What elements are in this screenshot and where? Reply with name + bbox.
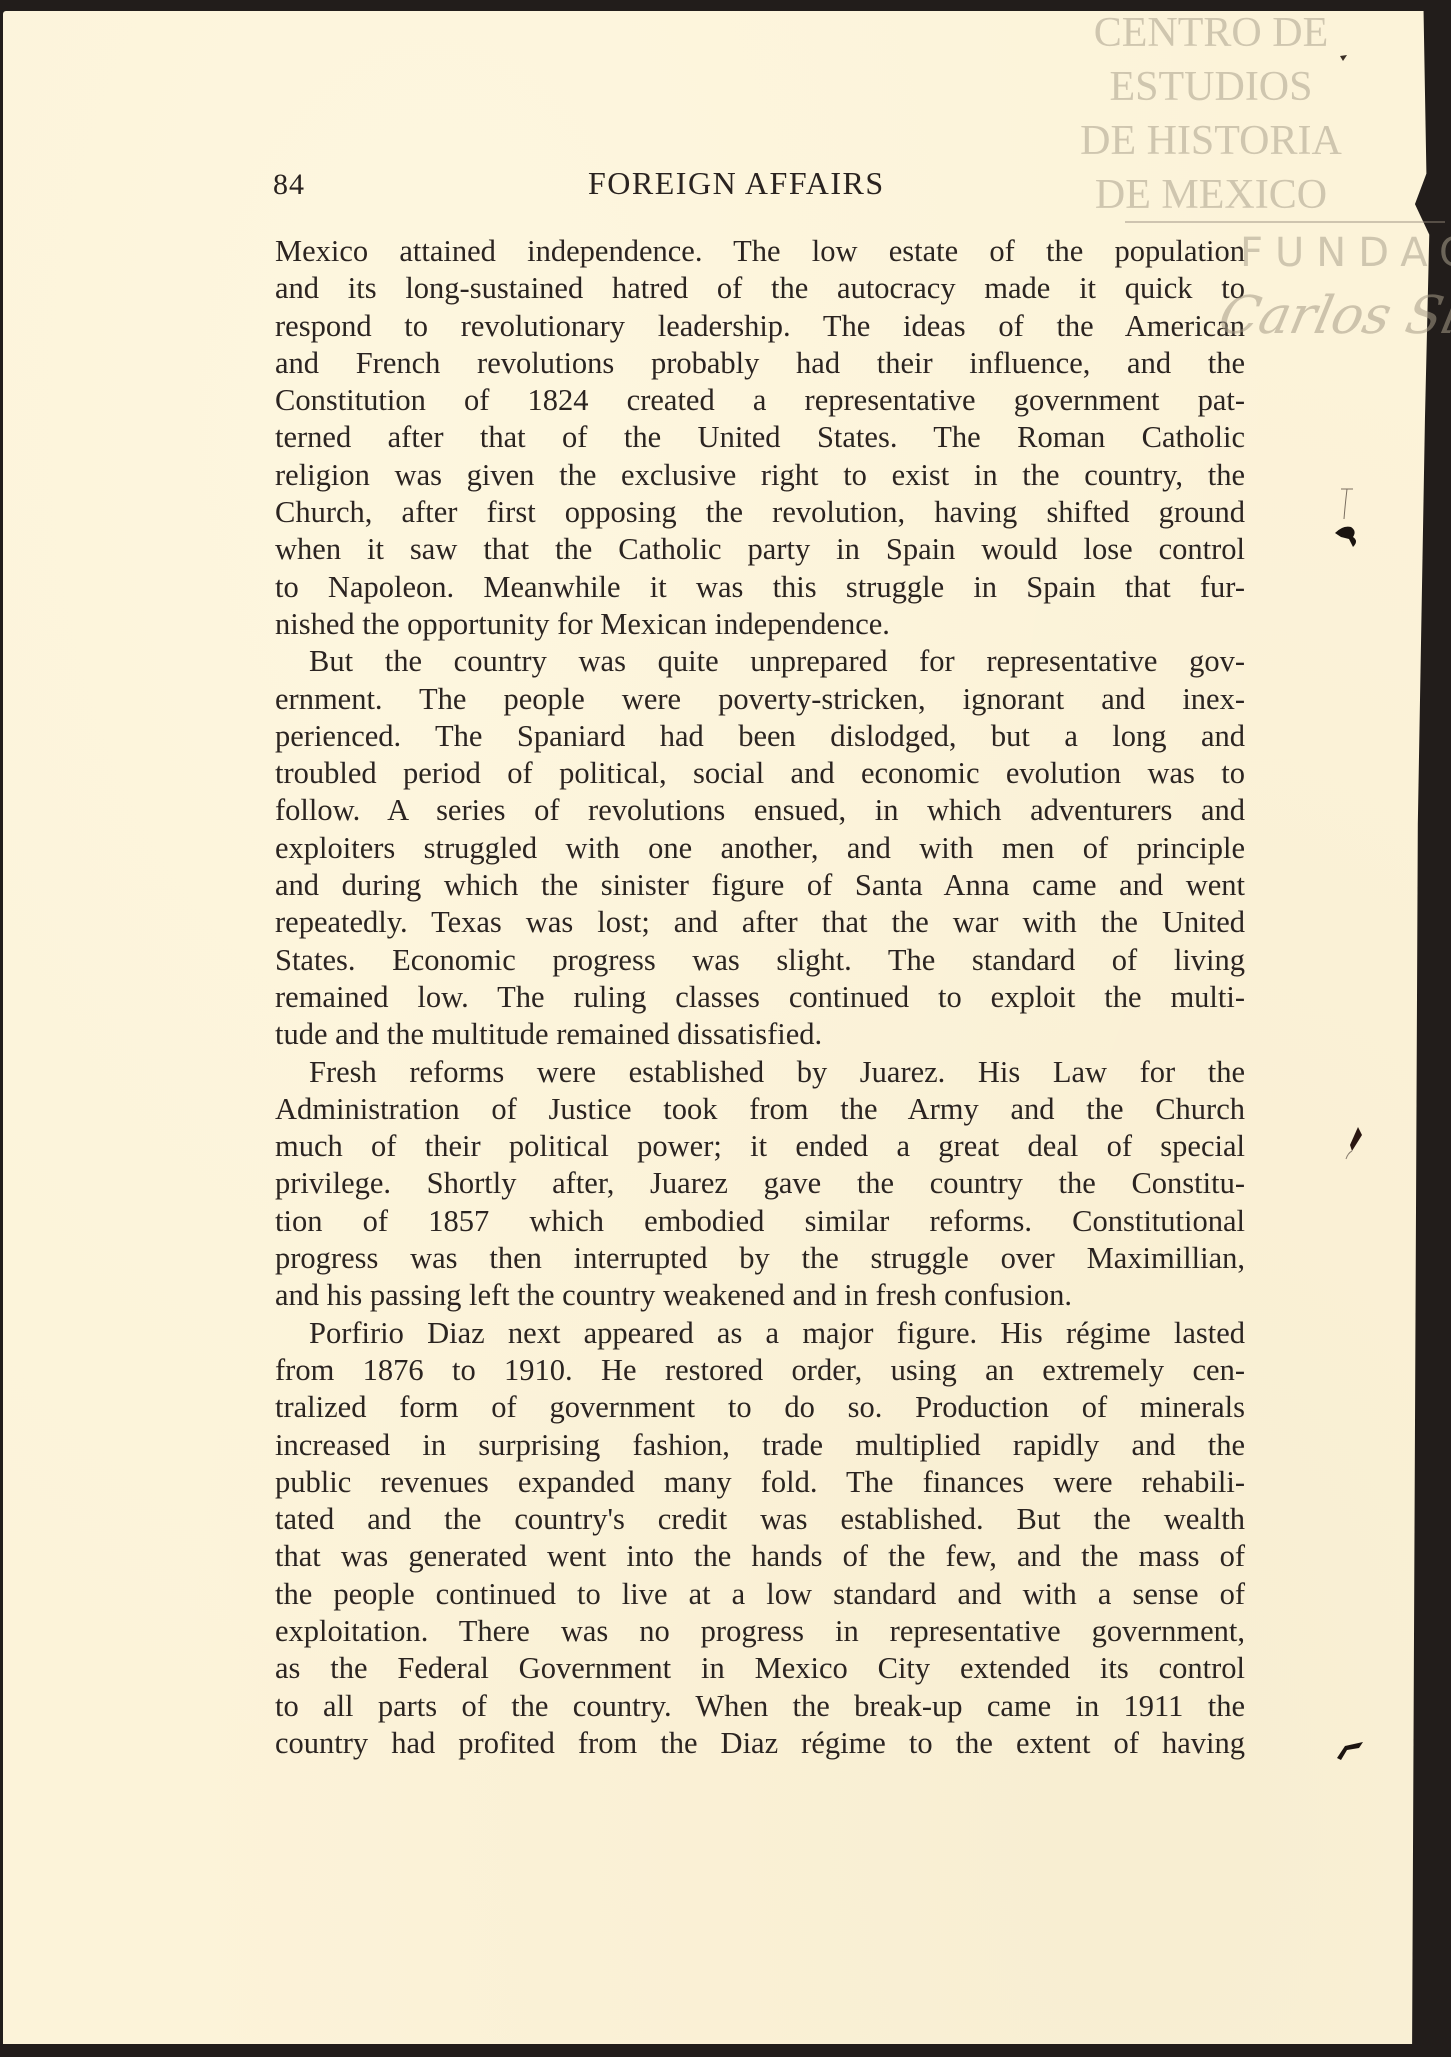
text-line: tude and the multitude remained dissatis… — [275, 1016, 1245, 1053]
text-line: exploitation. There was no progress in r… — [275, 1613, 1245, 1650]
ink-speck-icon — [1338, 53, 1350, 65]
article-body: Mexico attained independence. The low es… — [275, 233, 1245, 1762]
text-line: and during which the sinister figure of … — [275, 867, 1245, 904]
text-line: repeatedly. Texas was lost; and after th… — [275, 904, 1245, 941]
text-line: when it saw that the Catholic party in S… — [275, 531, 1245, 568]
journal-title: FOREIGN AFFAIRS — [588, 165, 885, 202]
running-head: 84 FOREIGN AFFAIRS — [3, 165, 1435, 205]
text-line: progress was then interrupted by the str… — [275, 1240, 1245, 1277]
text-line: country had profited from the Diaz régim… — [275, 1725, 1245, 1762]
text-line: tated and the country's credit was estab… — [275, 1501, 1245, 1538]
text-line: Fresh reforms were established by Juarez… — [275, 1054, 1245, 1091]
watermark-signature: Carlos Slim — [1214, 286, 1451, 346]
ink-speck-icon — [1338, 1121, 1378, 1171]
text-line: remained low. The ruling classes continu… — [275, 979, 1245, 1016]
paragraph: Fresh reforms were established by Juarez… — [275, 1054, 1245, 1315]
text-line: Constitution of 1824 created a represent… — [275, 382, 1245, 419]
text-line: much of their political power; it ended … — [275, 1128, 1245, 1165]
paragraph: Mexico attained independence. The low es… — [275, 233, 1245, 643]
text-line: States. Economic progress was slight. Th… — [275, 942, 1245, 979]
text-line: Porfirio Diaz next appeared as a major f… — [275, 1315, 1245, 1352]
text-line: increased in surprising fashion, trade m… — [275, 1427, 1245, 1464]
paragraph: But the country was quite unprepared for… — [275, 643, 1245, 1053]
text-line: public revenues expanded many fold. The … — [275, 1464, 1245, 1501]
text-line: that was generated went into the hands o… — [275, 1538, 1245, 1575]
page-number: 84 — [273, 168, 305, 202]
watermark-divider — [1125, 221, 1445, 223]
text-line: terned after that of the United States. … — [275, 419, 1245, 456]
text-line: Administration of Justice took from the … — [275, 1091, 1245, 1128]
text-line: religion was given the exclusive right t… — [275, 457, 1245, 494]
text-line: respond to revolutionary leadership. The… — [275, 308, 1245, 345]
text-line: the people continued to live at a low st… — [275, 1576, 1245, 1613]
watermark-foundation: FUNDACIÓN — [1240, 230, 1451, 276]
text-line: Church, after first opposing the revolut… — [275, 494, 1245, 531]
text-line: privilege. Shortly after, Juarez gave th… — [275, 1165, 1245, 1202]
text-line: to Napoleon. Meanwhile it was this strug… — [275, 569, 1245, 606]
text-line: Mexico attained independence. The low es… — [275, 233, 1245, 270]
paragraph: Porfirio Diaz next appeared as a major f… — [275, 1315, 1245, 1763]
text-line: perienced. The Spaniard had been dislodg… — [275, 718, 1245, 755]
text-line: ernment. The people were poverty-stricke… — [275, 681, 1245, 718]
text-line: tralized form of government to do so. Pr… — [275, 1389, 1245, 1426]
text-line: and its long-sustained hatred of the aut… — [275, 270, 1245, 307]
text-line: But the country was quite unprepared for… — [275, 643, 1245, 680]
text-line: follow. A series of revolutions ensued, … — [275, 792, 1245, 829]
ink-speck-icon — [1333, 1736, 1373, 1766]
text-line: exploiters struggled with one another, a… — [275, 830, 1245, 867]
paper-tear-mark-icon — [1323, 481, 1373, 551]
text-line: tion of 1857 which embodied similar refo… — [275, 1203, 1245, 1240]
text-line: nished the opportunity for Mexican indep… — [275, 606, 1245, 643]
text-line: troubled period of political, social and… — [275, 755, 1245, 792]
text-line: and French revolutions probably had thei… — [275, 345, 1245, 382]
text-line: from 1876 to 1910. He restored order, us… — [275, 1352, 1245, 1389]
text-line: to all parts of the country. When the br… — [275, 1688, 1245, 1725]
text-line: and his passing left the country weakene… — [275, 1277, 1245, 1314]
text-line: as the Federal Government in Mexico City… — [275, 1650, 1245, 1687]
